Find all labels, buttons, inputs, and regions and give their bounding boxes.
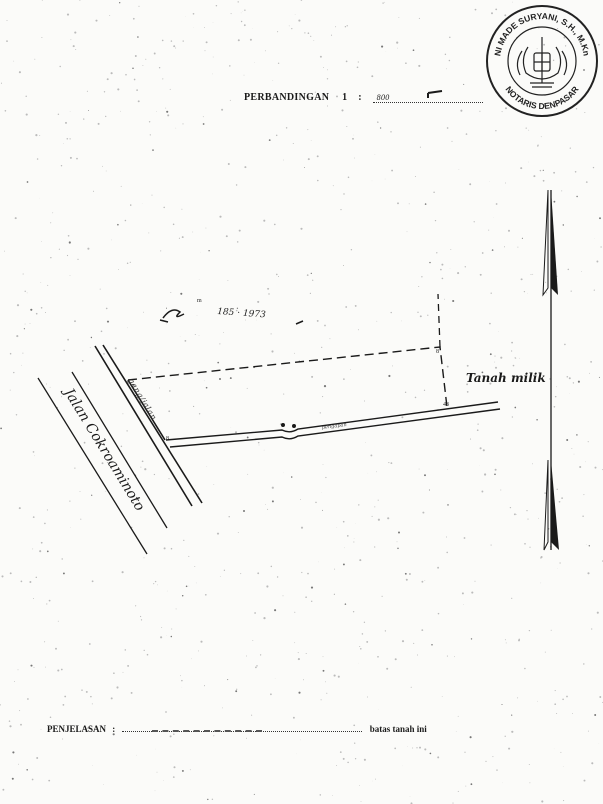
land-sketch-map: z 8 43 8 185 · 1973 m Jalan Cokroaminoto… <box>0 0 603 804</box>
corner-mark-se: 43 <box>443 402 449 408</box>
side-street-label: gang/jalan <box>126 376 158 421</box>
parcel-boundary-dashed <box>128 347 447 407</box>
survey-point <box>293 425 296 428</box>
boundary-extension <box>438 294 440 347</box>
survey-point <box>282 424 285 427</box>
corner-mark-sw: 8 <box>166 436 169 442</box>
north-arrow-icon <box>543 190 559 550</box>
annotation-number: 185 · 1973 <box>217 307 267 320</box>
annotation-superscript: m <box>197 298 202 304</box>
legend: PENJELASAN : batas tanah ini <box>47 724 427 734</box>
main-road-edge-right <box>72 372 167 528</box>
corner-mark-ne: 8 <box>436 349 439 355</box>
legend-colon: : <box>112 724 115 734</box>
street-edge-left <box>95 346 192 506</box>
tick-mark <box>296 321 303 324</box>
signature-scribble-icon <box>160 310 184 322</box>
legend-line-sample <box>122 731 362 732</box>
neighbor-land-label: Tanah milik <box>466 371 546 385</box>
corner-tick-mark <box>428 91 442 98</box>
road-label: Jalan Cokroaminoto <box>59 383 148 514</box>
legend-text: batas tanah ini <box>370 724 427 734</box>
legend-label: PENJELASAN <box>47 724 106 734</box>
